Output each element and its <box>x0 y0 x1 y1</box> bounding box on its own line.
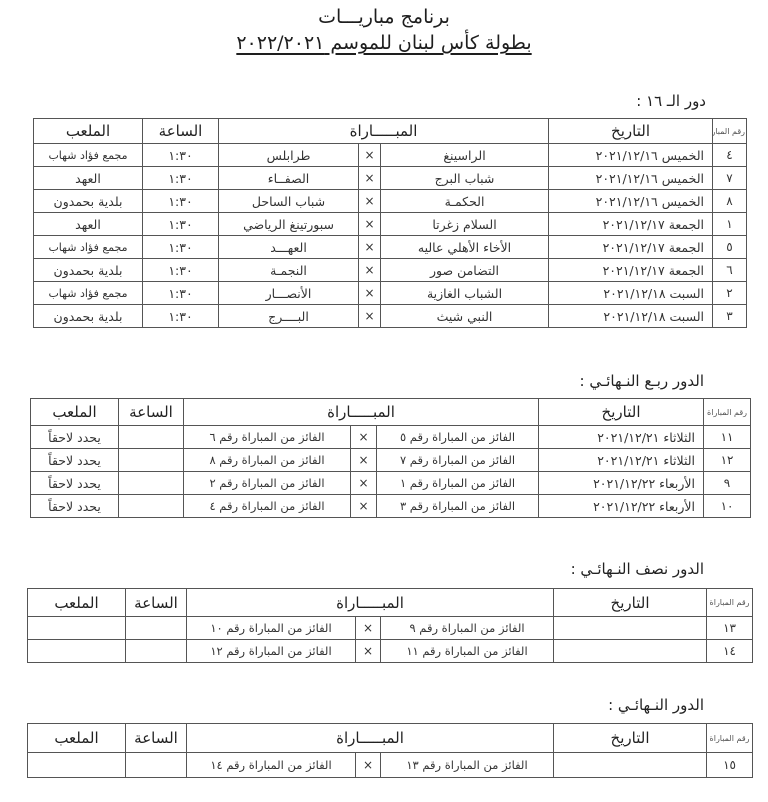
venue <box>28 640 126 663</box>
header-match: المبـــــاراة <box>187 724 554 753</box>
match-number: ٨ <box>713 190 747 213</box>
away-team: الفائز من المباراة رقم ١٤ <box>187 753 356 778</box>
away-team: الصفــاء <box>219 167 359 190</box>
match-date: السبت ٢٠٢١/١٢/١٨ <box>549 282 713 305</box>
match-number: ٤ <box>713 144 747 167</box>
venue: مجمع فؤاد شهاب <box>34 282 143 305</box>
table-row: ٦الجمعة ٢٠٢١/١٢/١٧التضامن صور×النجمـة١:٣… <box>34 259 747 282</box>
vs-marker: × <box>359 305 381 328</box>
match-date: الثلاثاء ٢٠٢١/١٢/٢١ <box>539 449 704 472</box>
kickoff-time <box>119 449 184 472</box>
match-date: الجمعة ٢٠٢١/١٢/١٧ <box>549 259 713 282</box>
away-team: سبورتينغ الرياضي <box>219 213 359 236</box>
kickoff-time <box>119 472 184 495</box>
section-title-final: الدور النـهائـي : <box>608 696 704 714</box>
venue: يحدد لاحقاً <box>31 449 119 472</box>
kickoff-time: ١:٣٠ <box>143 144 219 167</box>
match-number: ٧ <box>713 167 747 190</box>
kickoff-time <box>119 495 184 518</box>
table-row: ١٢الثلاثاء ٢٠٢١/١٢/٢١الفائز من المباراة … <box>31 449 751 472</box>
home-team: السلام زغرتا <box>381 213 549 236</box>
match-date <box>554 753 707 778</box>
match-number: ٣ <box>713 305 747 328</box>
away-team: النجمـة <box>219 259 359 282</box>
table-row: ١٤الفائز من المباراة رقم ١١×الفائز من ال… <box>28 640 753 663</box>
match-date: السبت ٢٠٢١/١٢/١٨ <box>549 305 713 328</box>
home-team: الأخاء الأهلي عاليه <box>381 236 549 259</box>
quarter-final-table: رقم المباراة التاريخ المبـــــاراة الساع… <box>30 398 751 518</box>
final-table: رقم المباراة التاريخ المبـــــاراة الساع… <box>27 723 753 778</box>
away-team: العهـــد <box>219 236 359 259</box>
header-match-no: رقم المباراة <box>704 399 751 426</box>
away-team: الأنصـــار <box>219 282 359 305</box>
round-of-16-body: ٤الخميس ٢٠٢١/١٢/١٦الراسينغ×طرابلس١:٣٠مجم… <box>34 144 747 328</box>
vs-marker: × <box>356 640 381 663</box>
section-title-quarter-final: الدور ربـع النـهائـي : <box>580 372 704 390</box>
match-number: ١٤ <box>707 640 753 663</box>
match-date <box>554 640 707 663</box>
table-row: ٥الجمعة ٢٠٢١/١٢/١٧الأخاء الأهلي عاليه×ال… <box>34 236 747 259</box>
kickoff-time <box>126 753 187 778</box>
table-row: ١الجمعة ٢٠٢١/١٢/١٧السلام زغرتا×سبورتينغ … <box>34 213 747 236</box>
away-team: الفائز من المباراة رقم ٢ <box>184 472 351 495</box>
subtitle-text: بطولة كأس لبنان للموسم ٢٠٢٢/٢٠٢١ <box>236 32 531 54</box>
table-row: ١١الثلاثاء ٢٠٢١/١٢/٢١الفائز من المباراة … <box>31 426 751 449</box>
section-title-round-of-16: دور الـ ١٦ : <box>636 92 706 110</box>
venue: العهد <box>34 167 143 190</box>
table-row: ٧الخميس ٢٠٢١/١٢/١٦شباب البرج×الصفــاء١:٣… <box>34 167 747 190</box>
home-team: شباب البرج <box>381 167 549 190</box>
home-team: الفائز من المباراة رقم ٩ <box>381 617 554 640</box>
vs-marker: × <box>359 259 381 282</box>
table-row: ١٣الفائز من المباراة رقم ٩×الفائز من الم… <box>28 617 753 640</box>
header-time: الساعة <box>126 589 187 617</box>
match-number: ١ <box>713 213 747 236</box>
venue <box>28 617 126 640</box>
table-row: ٣السبت ٢٠٢١/١٢/١٨النبي شيث×البــــرج١:٣٠… <box>34 305 747 328</box>
venue: يحدد لاحقاً <box>31 426 119 449</box>
table-header-row: رقم المباراة التاريخ المبـــــاراة الساع… <box>34 119 747 144</box>
match-date: الأربعاء ٢٠٢١/١٢/٢٢ <box>539 472 704 495</box>
venue: بلدية بحمدون <box>34 259 143 282</box>
header-time: الساعة <box>119 399 184 426</box>
away-team: الفائز من المباراة رقم ١٠ <box>187 617 356 640</box>
table-row: ١٠الأربعاء ٢٠٢١/١٢/٢٢الفائز من المباراة … <box>31 495 751 518</box>
match-date: الأربعاء ٢٠٢١/١٢/٢٢ <box>539 495 704 518</box>
table-row: ٨الخميس ٢٠٢١/١٢/١٦الحكمـة×شباب الساحل١:٣… <box>34 190 747 213</box>
vs-marker: × <box>359 282 381 305</box>
table-header-row: رقم المباراة التاريخ المبـــــاراة الساع… <box>28 589 753 617</box>
match-date: الخميس ٢٠٢١/١٢/١٦ <box>549 167 713 190</box>
away-team: الفائز من المباراة رقم ١٢ <box>187 640 356 663</box>
header-date: التاريخ <box>549 119 713 144</box>
match-date: الجمعة ٢٠٢١/١٢/١٧ <box>549 236 713 259</box>
match-date: الخميس ٢٠٢١/١٢/١٦ <box>549 190 713 213</box>
venue: مجمع فؤاد شهاب <box>34 144 143 167</box>
vs-marker: × <box>359 236 381 259</box>
header-venue: الملعب <box>28 589 126 617</box>
away-team: الفائز من المباراة رقم ٨ <box>184 449 351 472</box>
kickoff-time: ١:٣٠ <box>143 259 219 282</box>
header-venue: الملعب <box>31 399 119 426</box>
match-number: ٩ <box>704 472 751 495</box>
vs-marker: × <box>359 167 381 190</box>
header-match: المبـــــاراة <box>219 119 549 144</box>
header-time: الساعة <box>126 724 187 753</box>
away-team: طرابلس <box>219 144 359 167</box>
home-team: الفائز من المباراة رقم ١١ <box>381 640 554 663</box>
match-number: ١٣ <box>707 617 753 640</box>
header-match-no: رقم المباراة <box>707 589 753 617</box>
header-date: التاريخ <box>539 399 704 426</box>
match-date: الثلاثاء ٢٠٢١/١٢/٢١ <box>539 426 704 449</box>
vs-marker: × <box>351 472 377 495</box>
home-team: الفائز من المباراة رقم ٥ <box>377 426 539 449</box>
header-match-no: رقم المباراة <box>713 119 747 144</box>
kickoff-time <box>126 617 187 640</box>
home-team: الفائز من المباراة رقم ١ <box>377 472 539 495</box>
header-match: المبـــــاراة <box>187 589 554 617</box>
header-date: التاريخ <box>554 724 707 753</box>
venue: بلدية بحمدون <box>34 190 143 213</box>
section-title-semi-final: الدور نصف النـهائـي : <box>571 560 704 578</box>
table-header-row: رقم المباراة التاريخ المبـــــاراة الساع… <box>28 724 753 753</box>
match-number: ٥ <box>713 236 747 259</box>
venue: مجمع فؤاد شهاب <box>34 236 143 259</box>
vs-marker: × <box>359 190 381 213</box>
away-team: البــــرج <box>219 305 359 328</box>
vs-marker: × <box>351 449 377 472</box>
kickoff-time: ١:٣٠ <box>143 305 219 328</box>
away-team: الفائز من المباراة رقم ٦ <box>184 426 351 449</box>
home-team: الحكمـة <box>381 190 549 213</box>
vs-marker: × <box>359 213 381 236</box>
away-team: شباب الساحل <box>219 190 359 213</box>
match-date: الخميس ٢٠٢١/١٢/١٦ <box>549 144 713 167</box>
home-team: الراسينغ <box>381 144 549 167</box>
home-team: الفائز من المباراة رقم ٧ <box>377 449 539 472</box>
document-title: برنامج مباريـــات <box>0 6 768 28</box>
venue: العهد <box>34 213 143 236</box>
kickoff-time <box>119 426 184 449</box>
vs-marker: × <box>351 495 377 518</box>
match-number: ١١ <box>704 426 751 449</box>
kickoff-time: ١:٣٠ <box>143 167 219 190</box>
vs-marker: × <box>356 753 381 778</box>
header-match-no: رقم المباراة <box>707 724 753 753</box>
match-number: ١٠ <box>704 495 751 518</box>
header-time: الساعة <box>143 119 219 144</box>
table-header-row: رقم المباراة التاريخ المبـــــاراة الساع… <box>31 399 751 426</box>
match-number: ١٥ <box>707 753 753 778</box>
document-subtitle: بطولة كأس لبنان للموسم ٢٠٢٢/٢٠٢١ <box>0 32 768 54</box>
quarter-final-body: ١١الثلاثاء ٢٠٢١/١٢/٢١الفائز من المباراة … <box>31 426 751 518</box>
match-number: ٦ <box>713 259 747 282</box>
header-venue: الملعب <box>28 724 126 753</box>
table-row: ١٥الفائز من المباراة رقم ١٣×الفائز من ال… <box>28 753 753 778</box>
home-team: الشباب الغازية <box>381 282 549 305</box>
table-row: ٢السبت ٢٠٢١/١٢/١٨الشباب الغازية×الأنصـــ… <box>34 282 747 305</box>
kickoff-time: ١:٣٠ <box>143 190 219 213</box>
match-date <box>554 617 707 640</box>
home-team: النبي شيث <box>381 305 549 328</box>
header-match: المبـــــاراة <box>184 399 539 426</box>
kickoff-time: ١:٣٠ <box>143 213 219 236</box>
kickoff-time: ١:٣٠ <box>143 236 219 259</box>
semi-final-table: رقم المباراة التاريخ المبـــــاراة الساع… <box>27 588 753 663</box>
venue: يحدد لاحقاً <box>31 495 119 518</box>
kickoff-time <box>126 640 187 663</box>
round-of-16-table: رقم المباراة التاريخ المبـــــاراة الساع… <box>33 118 747 328</box>
header-venue: الملعب <box>34 119 143 144</box>
vs-marker: × <box>351 426 377 449</box>
home-team: الفائز من المباراة رقم ٣ <box>377 495 539 518</box>
match-number: ٢ <box>713 282 747 305</box>
table-row: ٩الأربعاء ٢٠٢١/١٢/٢٢الفائز من المباراة ر… <box>31 472 751 495</box>
match-number: ١٢ <box>704 449 751 472</box>
venue: بلدية بحمدون <box>34 305 143 328</box>
semi-final-body: ١٣الفائز من المباراة رقم ٩×الفائز من الم… <box>28 617 753 663</box>
kickoff-time: ١:٣٠ <box>143 282 219 305</box>
table-row: ٤الخميس ٢٠٢١/١٢/١٦الراسينغ×طرابلس١:٣٠مجم… <box>34 144 747 167</box>
vs-marker: × <box>356 617 381 640</box>
match-date: الجمعة ٢٠٢١/١٢/١٧ <box>549 213 713 236</box>
venue: يحدد لاحقاً <box>31 472 119 495</box>
venue <box>28 753 126 778</box>
vs-marker: × <box>359 144 381 167</box>
away-team: الفائز من المباراة رقم ٤ <box>184 495 351 518</box>
home-team: الفائز من المباراة رقم ١٣ <box>381 753 554 778</box>
home-team: التضامن صور <box>381 259 549 282</box>
final-body: ١٥الفائز من المباراة رقم ١٣×الفائز من ال… <box>28 753 753 778</box>
header-date: التاريخ <box>554 589 707 617</box>
